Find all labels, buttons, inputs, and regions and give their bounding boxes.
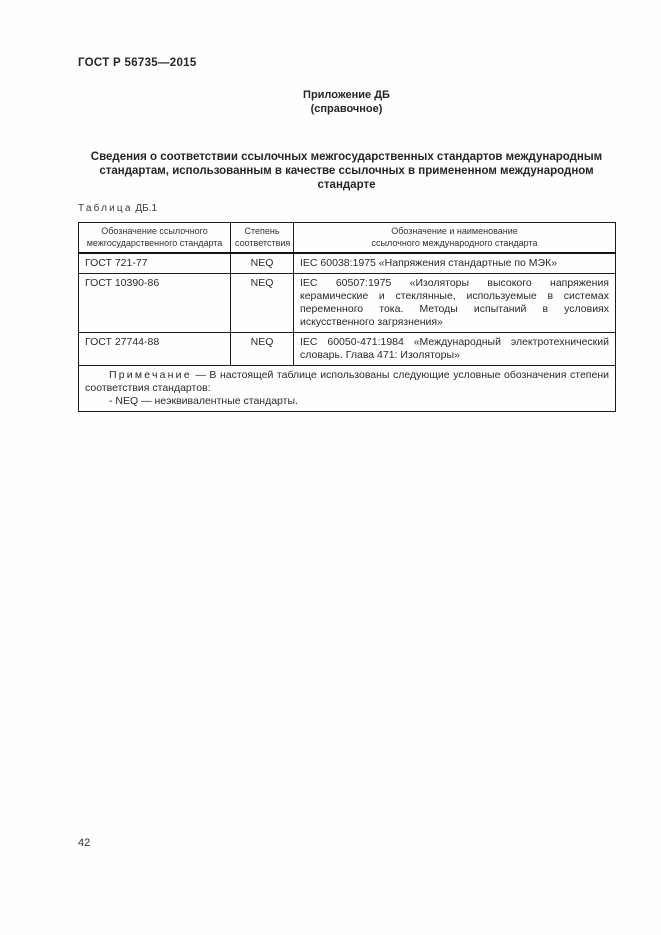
header-cell-gost: Обозначение ссылочного межгосударственно… bbox=[79, 223, 231, 254]
table-caption-number: ДБ.1 bbox=[135, 203, 157, 214]
document-page: ГОСТ Р 56735—2015 Приложение ДБ (справоч… bbox=[0, 0, 661, 935]
table-row: ГОСТ 721-77 NEQ IEC 60038:1975 «Напряжен… bbox=[79, 253, 616, 274]
document-title: Сведения о соответствии ссылочных межгос… bbox=[78, 150, 615, 192]
note-cell: Примечание — В настоящей таблице использ… bbox=[79, 366, 616, 412]
cell-intl-standard: IEC 60038:1975 «Напряжения стандартные п… bbox=[294, 253, 616, 274]
cell-intl-standard: IEC 60050-471:1984 «Международный электр… bbox=[294, 333, 616, 366]
header-degree-line2: соответствия bbox=[235, 238, 289, 250]
standard-number: ГОСТ Р 56735—2015 bbox=[78, 57, 197, 69]
header-intl-line1: Обозначение и наименование bbox=[298, 226, 611, 238]
cell-gost-number: ГОСТ 27744-88 bbox=[79, 333, 231, 366]
cell-intl-standard: IEC 60507:1975 «Изоляторы высокого напря… bbox=[294, 274, 616, 333]
cell-degree: NEQ bbox=[231, 333, 294, 366]
header-cell-intl: Обозначение и наименование ссылочного ме… bbox=[294, 223, 616, 254]
cell-degree: NEQ bbox=[231, 253, 294, 274]
note-item: - NEQ — неэквивалентные стандарты. bbox=[85, 395, 609, 408]
appendix-type: (справочное) bbox=[78, 102, 615, 116]
header-cell-degree: Степень соответствия bbox=[231, 223, 294, 254]
header-gost-line2: межгосударственного стандарта bbox=[83, 238, 226, 250]
page-number: 42 bbox=[78, 837, 90, 849]
table-caption: Таблица ДБ.1 bbox=[78, 203, 157, 214]
table-note-row: Примечание — В настоящей таблице использ… bbox=[79, 366, 616, 412]
cell-gost-number: ГОСТ 721-77 bbox=[79, 253, 231, 274]
header-gost-line1: Обозначение ссылочного bbox=[83, 226, 226, 238]
appendix-label: Приложение ДБ bbox=[78, 88, 615, 102]
header-degree-line1: Степень bbox=[235, 226, 289, 238]
note-paragraph: Примечание — В настоящей таблице использ… bbox=[85, 369, 609, 395]
header-intl-line2: ссылочного международного стандарта bbox=[298, 238, 611, 250]
note-label: Примечание bbox=[109, 369, 192, 381]
table-row: ГОСТ 27744-88 NEQ IEC 60050-471:1984 «Ме… bbox=[79, 333, 616, 366]
table-header-row: Обозначение ссылочного межгосударственно… bbox=[79, 223, 616, 254]
cell-gost-number: ГОСТ 10390-86 bbox=[79, 274, 231, 333]
table-caption-word: Таблица bbox=[78, 203, 133, 214]
cell-degree: NEQ bbox=[231, 274, 294, 333]
appendix-block: Приложение ДБ (справочное) bbox=[78, 88, 615, 116]
table-row: ГОСТ 10390-86 NEQ IEC 60507:1975 «Изолят… bbox=[79, 274, 616, 333]
standards-correspondence-table: Обозначение ссылочного межгосударственно… bbox=[78, 222, 616, 412]
